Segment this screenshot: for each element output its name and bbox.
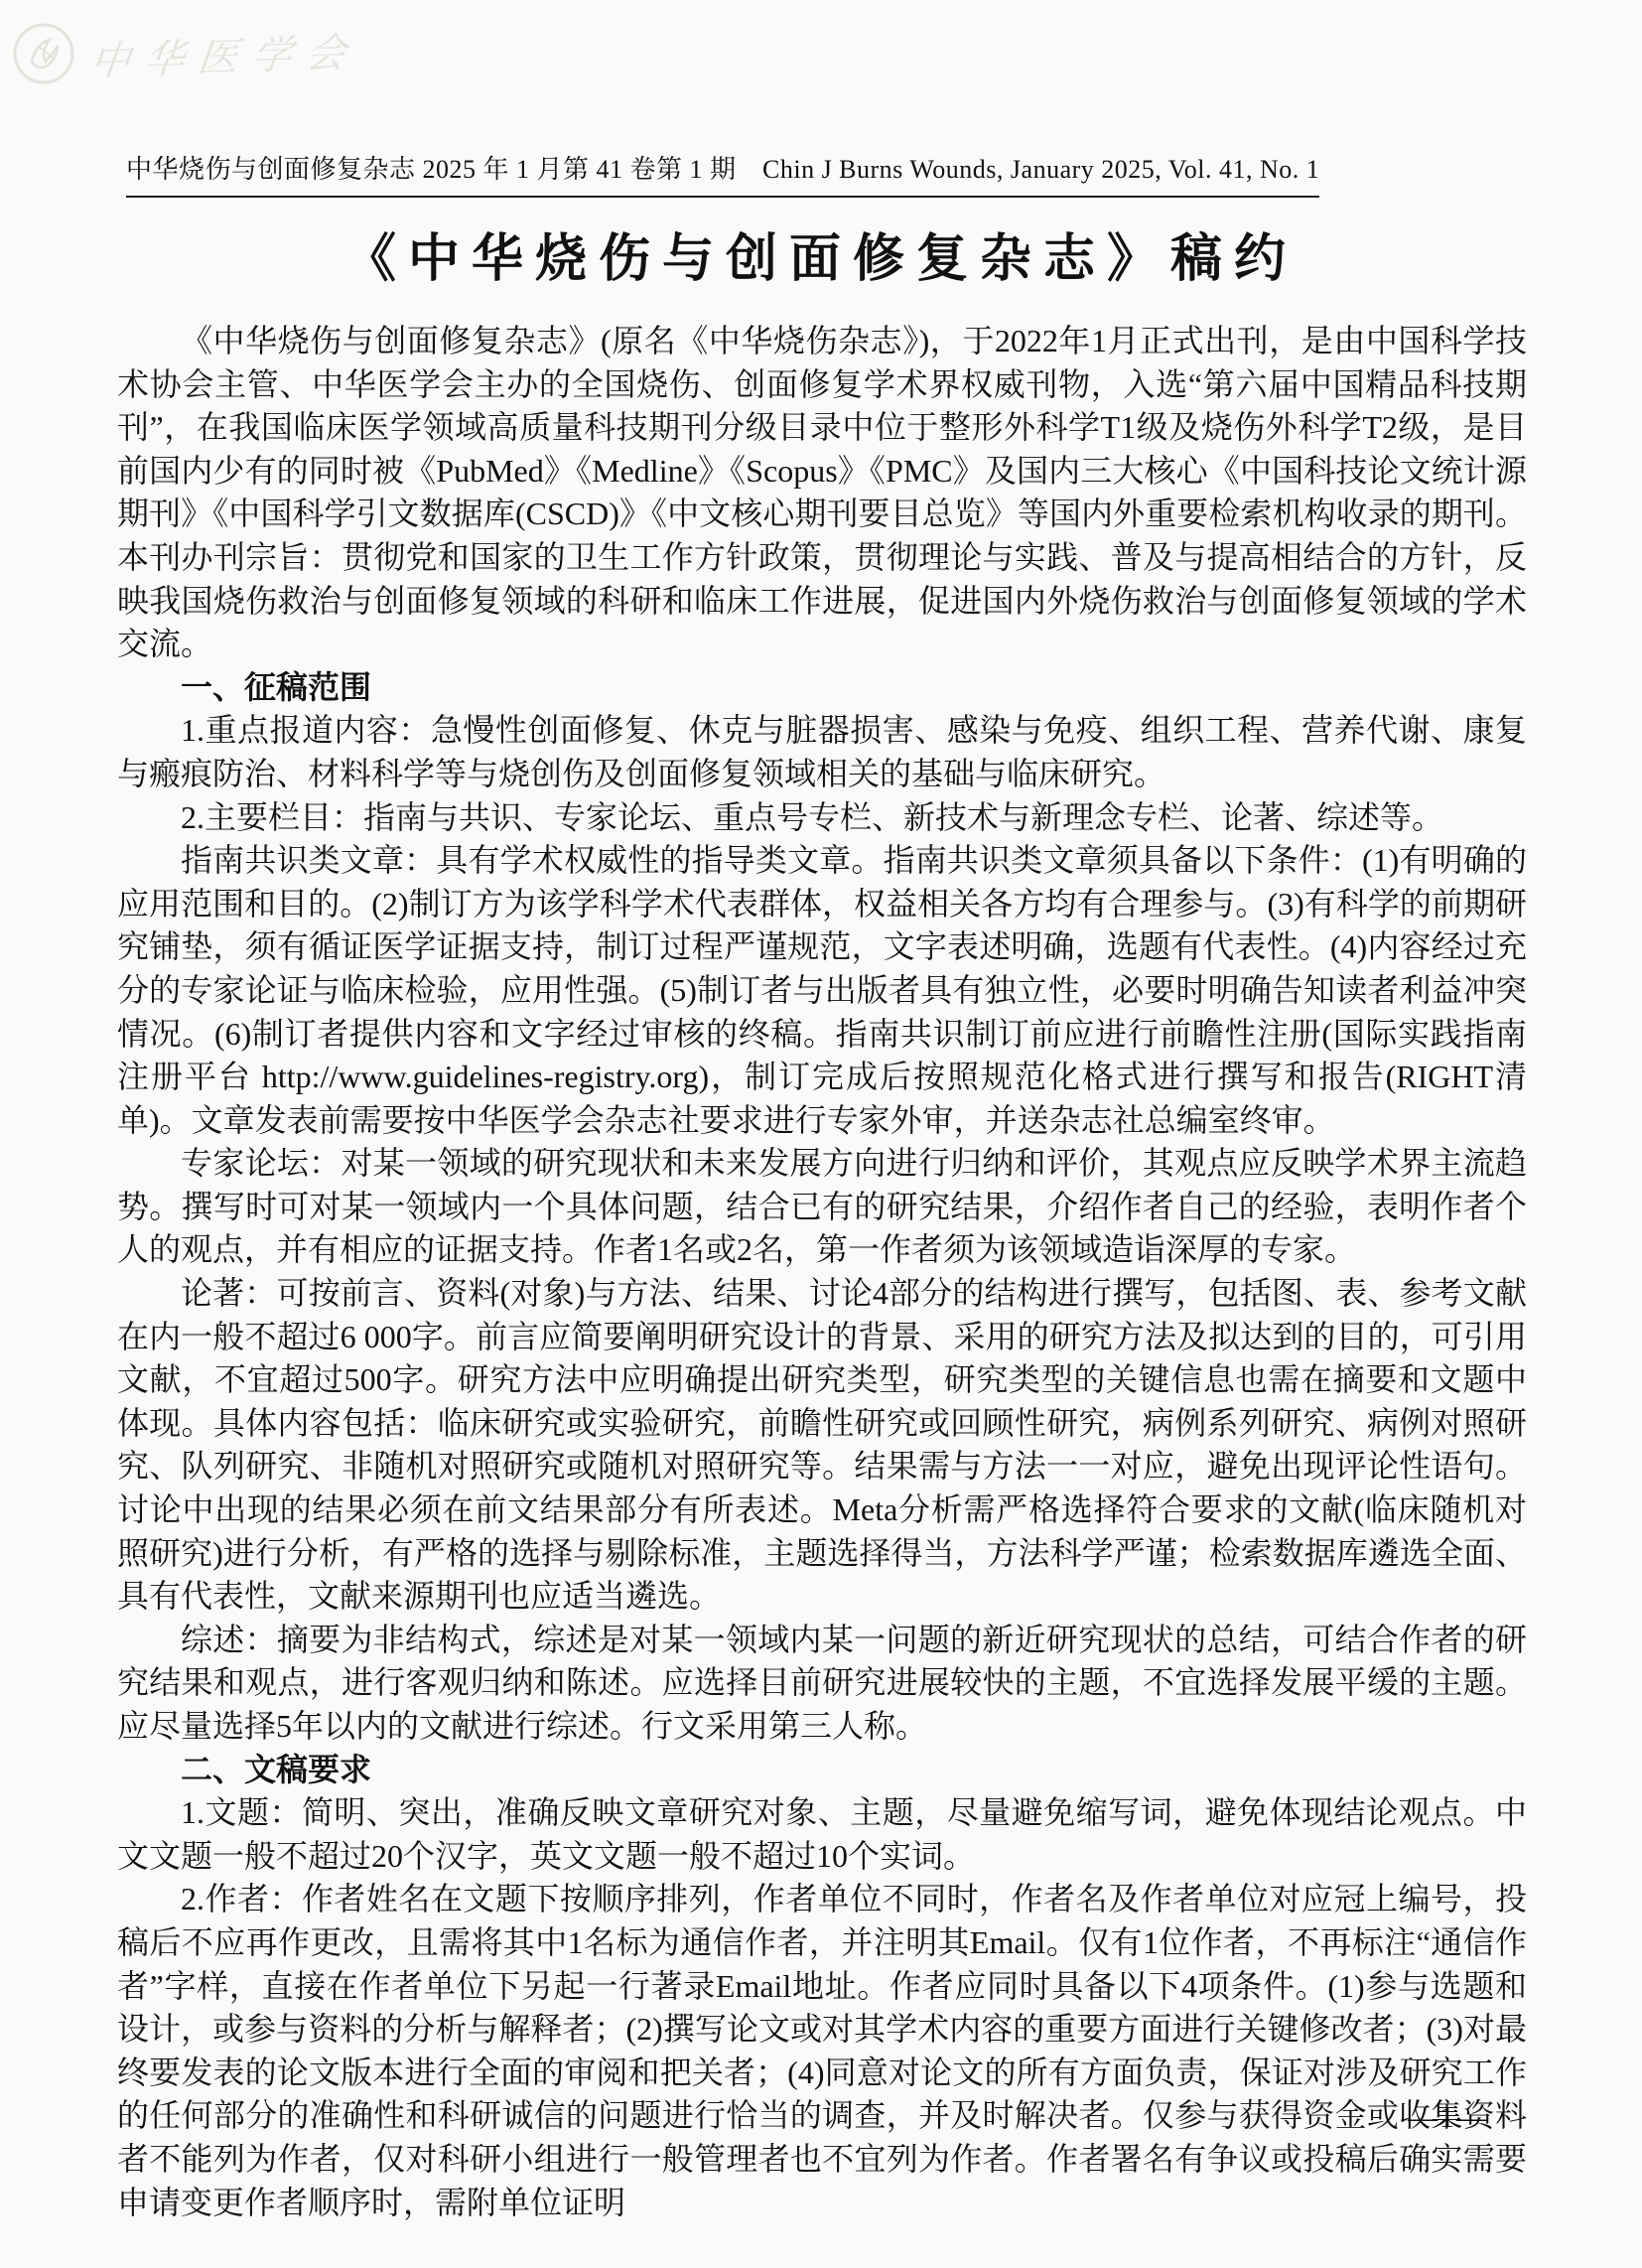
article-body: 《中华烧伤与创面修复杂志》(原名《中华烧伤杂志》)，于2022年1月正式出刊，是… <box>117 320 1527 2224</box>
paragraph: 论著：可按前言、资料(对象)与方法、结果、讨论4部分的结构进行撰写，包括图、表、… <box>117 1272 1527 1619</box>
page-number: —1— <box>1408 2101 1488 2135</box>
paragraph: 专家论坛：对某一领域的研究现状和未来发展方向进行归纳和评价，其观点应反映学术界主… <box>117 1142 1527 1272</box>
paragraph: 指南共识类文章：具有学术权威性的指导类文章。指南共识类文章须具备以下条件：(1)… <box>117 839 1527 1142</box>
journal-watermark: 中华医学会 <box>12 22 359 85</box>
paragraph: 2.主要栏目：指南与共识、专家论坛、重点号专栏、新技术与新理念专栏、论著、综述等… <box>117 796 1527 840</box>
paragraph: 2.作者：作者姓名在文题下按顺序排列，作者单位不同时，作者名及作者单位对应冠上编… <box>117 1878 1527 2224</box>
cmda-emblem-icon <box>12 22 75 85</box>
paragraph: 1.文题：简明、突出，准确反映文章研究对象、主题，尽量避免缩写词，避免体现结论观… <box>117 1791 1527 1878</box>
section-heading: 二、文稿要求 <box>117 1749 1527 1792</box>
section-heading: 一、征稿范围 <box>117 666 1527 710</box>
running-head: 中华烧伤与创面修复杂志 2025 年 1 月第 41 卷第 1 期 Chin J… <box>126 149 1319 198</box>
document-page: 中华医学会 中华烧伤与创面修复杂志 2025 年 1 月第 41 卷第 1 期 … <box>0 0 1642 2268</box>
page-title: 《中华烧伤与创面修复杂志》稿约 <box>0 216 1642 291</box>
watermark-calligraphy-text: 中华医学会 <box>87 21 362 86</box>
paragraph: 1.重点报道内容：急慢性创面修复、休克与脏器损害、感染与免疫、组织工程、营养代谢… <box>117 709 1527 795</box>
paragraph: 《中华烧伤与创面修复杂志》(原名《中华烧伤杂志》)，于2022年1月正式出刊，是… <box>117 320 1527 666</box>
paragraph: 综述：摘要为非结构式，综述是对某一领域内某一问题的新近研究现状的总结，可结合作者… <box>117 1619 1527 1749</box>
